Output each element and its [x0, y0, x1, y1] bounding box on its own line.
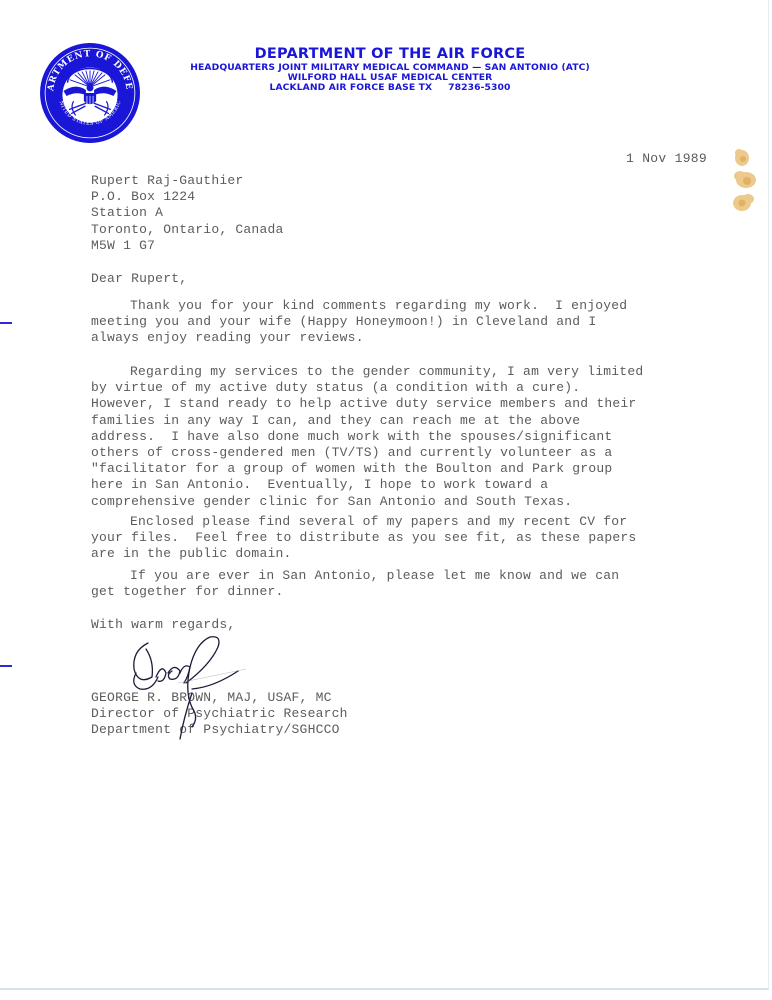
body-line: meeting you and your wife (Happy Honeymo… [91, 314, 627, 330]
margin-mark [0, 665, 12, 667]
letterhead-zip: 78236-5300 [448, 82, 510, 93]
handwritten-signature [118, 633, 253, 753]
body-line: families in any way I can, and they can … [91, 413, 643, 429]
recipient-name: Rupert Raj-Gauthier [91, 173, 284, 189]
body-line: your files. Feel free to distribute as y… [91, 530, 636, 546]
letterhead-title: DEPARTMENT OF THE AIR FORCE [180, 47, 600, 62]
letterhead-center: WILFORD HALL USAF MEDICAL CENTER [180, 73, 600, 82]
body-line: Enclosed please find several of my paper… [91, 514, 636, 530]
body-paragraph: Enclosed please find several of my paper… [91, 514, 636, 563]
body-line: address. I have also done much work with… [91, 429, 643, 445]
letterhead: DEPARTMENT OF THE AIR FORCE HEADQUARTERS… [180, 47, 600, 92]
body-line: get together for dinner. [91, 584, 619, 600]
body-paragraph: If you are ever in San Antonio, please l… [91, 568, 619, 600]
margin-mark [0, 322, 12, 324]
recipient-address-line: P.O. Box 1224 [91, 189, 284, 205]
recipient-address-line: Toronto, Ontario, Canada [91, 222, 284, 238]
body-paragraph: Regarding my services to the gender comm… [91, 364, 643, 510]
body-line: here in San Antonio. Eventually, I hope … [91, 477, 643, 493]
body-line: are in the public domain. [91, 546, 636, 562]
recipient-address-line: Station A [91, 205, 284, 221]
body-line: others of cross-gendered men (TV/TS) and… [91, 445, 643, 461]
body-line: However, I stand ready to help active du… [91, 396, 643, 412]
salutation: Dear Rupert, [91, 271, 187, 287]
letterhead-address: LACKLAND AIR FORCE BASE TX78236-5300 [180, 83, 600, 92]
body-line: If you are ever in San Antonio, please l… [91, 568, 619, 584]
body-paragraph: Thank you for your kind comments regardi… [91, 298, 627, 347]
recipient-address-line: M5W 1 G7 [91, 238, 284, 254]
body-line: always enjoy reading your reviews. [91, 330, 627, 346]
department-of-defense-seal-icon: DEPARTMENT OF DEFENSE UNITED STATES OF A… [39, 42, 141, 144]
recipient-address: Rupert Raj-GauthierP.O. Box 1224Station … [91, 173, 284, 254]
body-line: Thank you for your kind comments regardi… [91, 298, 627, 314]
paper-stain [728, 145, 762, 220]
body-line: by virtue of my active duty status (a co… [91, 380, 643, 396]
letterhead-command: HEADQUARTERS JOINT MILITARY MEDICAL COMM… [180, 63, 600, 72]
letterhead-base: LACKLAND AIR FORCE BASE TX [269, 82, 432, 93]
body-line: Regarding my services to the gender comm… [91, 364, 643, 380]
body-line: "facilitator for a group of women with t… [91, 461, 643, 477]
body-line: comprehensive gender clinic for San Anto… [91, 494, 643, 510]
closing: With warm regards, [91, 617, 235, 633]
letter-date: 1 Nov 1989 [626, 151, 707, 166]
letter-page: DEPARTMENT OF DEFENSE UNITED STATES OF A… [0, 0, 769, 990]
